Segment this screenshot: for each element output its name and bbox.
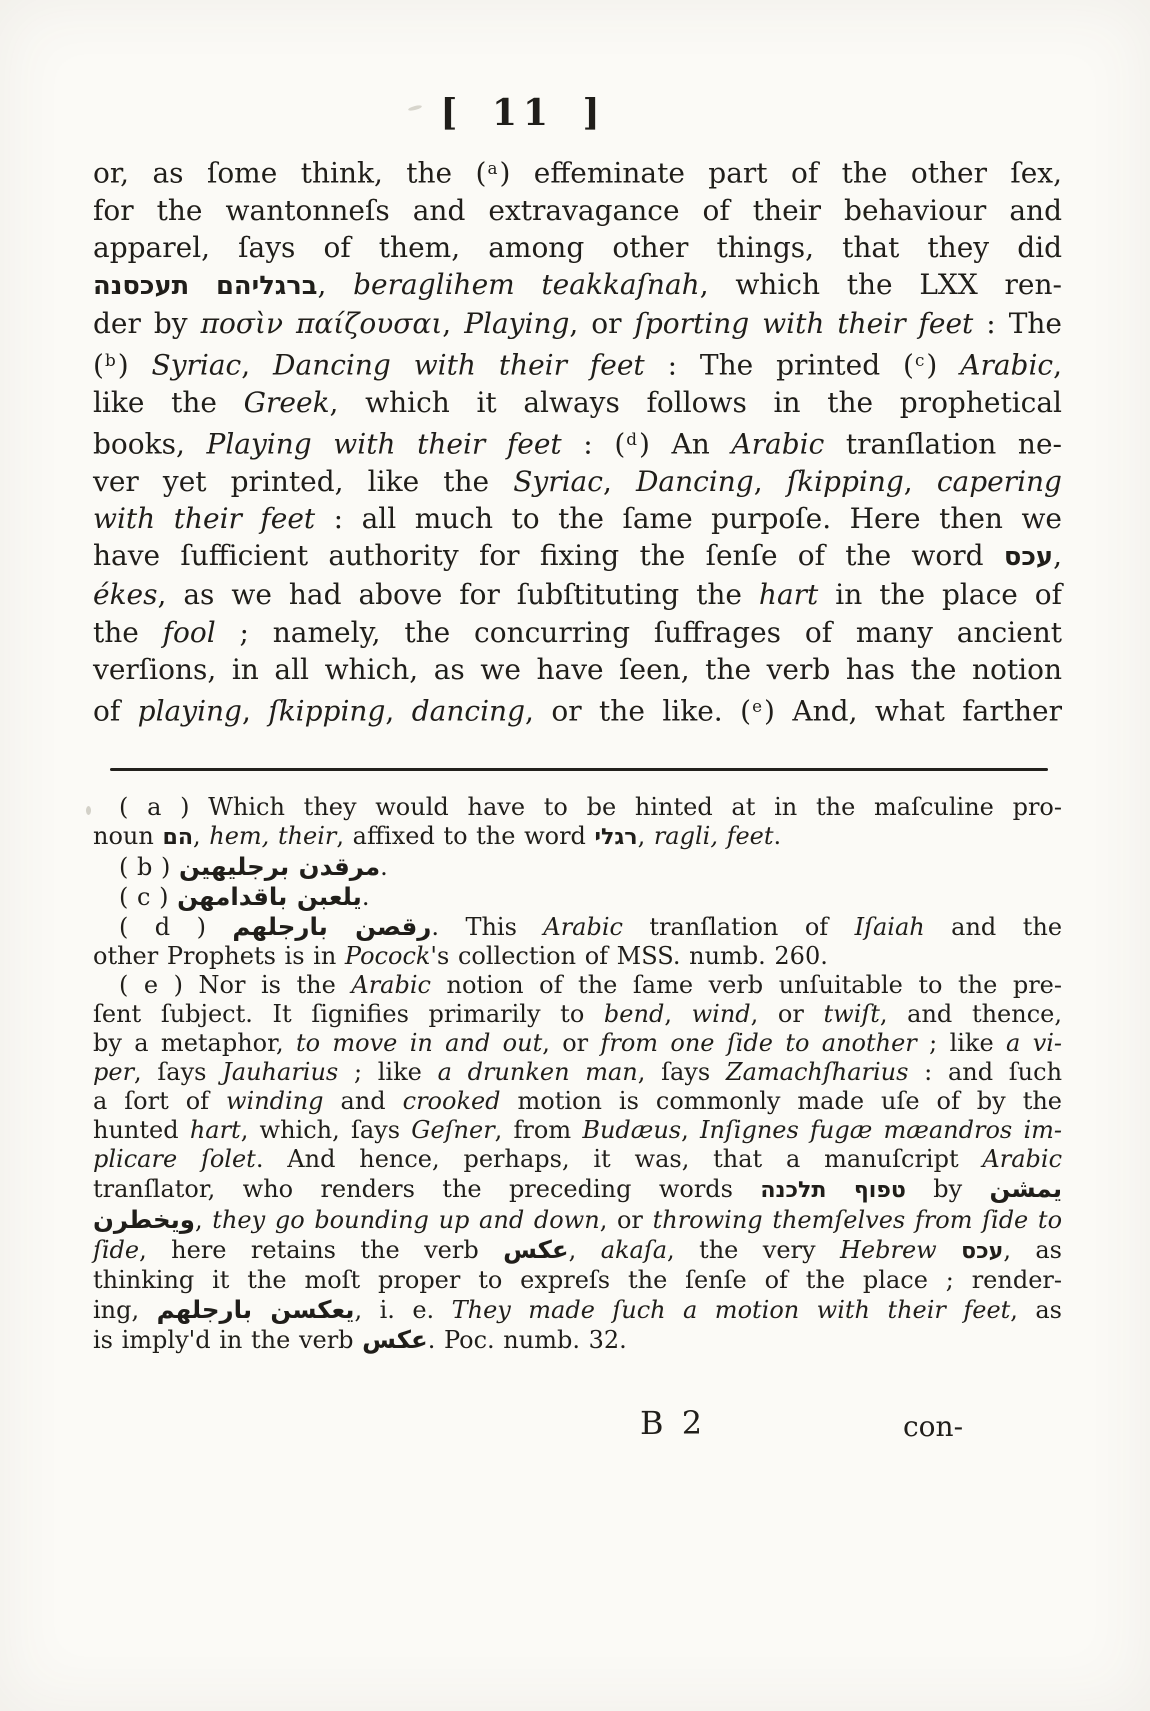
- italic-text: Arabic: [351, 971, 431, 999]
- arabic-text: عكس: [362, 1325, 428, 1354]
- text-run: a ſort of: [93, 1087, 226, 1115]
- text-run: , which the LXX ren-: [700, 268, 1062, 301]
- italic-text: hem, their: [209, 822, 336, 850]
- italic-text: from one ſide to another: [600, 1029, 916, 1057]
- text-run: . And hence, perhaps, it was, that a man…: [256, 1145, 983, 1173]
- text-run: ing,: [93, 1296, 157, 1324]
- greek-text: ποσὶν παίζουσαι: [201, 307, 443, 340]
- footnote-ref: a: [486, 158, 499, 178]
- text-run: 's collection of MSS. numb. 260.: [430, 942, 827, 970]
- text-run: , i. e.: [355, 1296, 452, 1324]
- footnote-line: hunted hart, which, ſays Geſner, from Bu…: [93, 1116, 1062, 1145]
- text-run: , affixed to the word: [336, 822, 594, 850]
- text-run: : all much to the ſame purpoſe. Here the…: [315, 502, 1062, 535]
- main-text-line: have ſufficient authority for fixing the…: [93, 537, 1062, 576]
- text-run: ; like: [917, 1029, 1006, 1057]
- text-run: ): [118, 349, 152, 382]
- text-run: ,: [442, 307, 464, 340]
- text-run: is imply'd in the verb: [93, 1326, 362, 1354]
- text-run: . Poc. numb. 32.: [428, 1326, 627, 1354]
- text-run: , from: [495, 1116, 583, 1144]
- footnote-line: ( e ) Nor is the Arabic notion of the ſa…: [93, 971, 1062, 1000]
- italic-text: Hebrew: [840, 1236, 937, 1264]
- text-run: for the wantonneſs and extravagance of t…: [93, 194, 1062, 227]
- text-run: apparel, ſays of them, among other thing…: [93, 231, 1062, 264]
- text-run: of: [93, 694, 138, 727]
- italic-text: They made ſuch a motion with their feet: [452, 1296, 1011, 1324]
- text-run: or, as ſome think, the (: [93, 156, 486, 189]
- main-text: or, as ſome think, the (a) effeminate pa…: [93, 150, 1062, 730]
- italic-text: crooked: [403, 1087, 501, 1115]
- italic-text: capering: [937, 465, 1062, 498]
- text-run: ,: [193, 822, 209, 850]
- text-run: motion is commonly made uſe of by the: [501, 1087, 1062, 1115]
- footnote-ref: e: [751, 696, 764, 716]
- text-run: like the: [93, 386, 244, 419]
- text-run: thinking it the moſt proper to expreſs t…: [93, 1266, 1062, 1294]
- italic-text: hart: [190, 1116, 241, 1144]
- italic-text: ragli, feet: [654, 822, 774, 850]
- footnote-line: other Prophets is in Pocock's collection…: [93, 942, 1062, 971]
- footnote-line: thinking it the moſt proper to expreſs t…: [93, 1266, 1062, 1295]
- footnote-line: ſent ſubject. It ſignifies primarily to …: [93, 1000, 1062, 1029]
- text-run: ( a ) Which they would have to be hinted…: [119, 793, 1062, 821]
- footnote-line: ing, يعكسن بارجلهم, i. e. They made ſuch…: [93, 1295, 1062, 1325]
- text-run: : The printed (: [645, 349, 914, 382]
- catchword: con-: [903, 1410, 963, 1443]
- text-run: ,: [1053, 349, 1062, 382]
- text-run: ( b ): [119, 853, 179, 881]
- footnote-line: ( c ) يلعبن باقدامهن.: [93, 882, 1062, 912]
- italic-text: a drunken man: [438, 1058, 638, 1086]
- italic-text: fool: [163, 616, 216, 649]
- text-run: ſent ſubject. It ſignifies primarily to: [93, 1000, 604, 1028]
- italic-text: Syriac: [513, 465, 603, 498]
- footnote-line: is imply'd in the verb عكس. Poc. numb. 3…: [93, 1325, 1062, 1355]
- text-run: ) An: [639, 428, 731, 461]
- italic-text: Pocock: [345, 942, 431, 970]
- footnote-line: ( b ) مرقدن برجليهين.: [93, 852, 1062, 882]
- italic-text: Budæus: [582, 1116, 681, 1144]
- footnote-line: noun הם, hem, their, affixed to the word…: [93, 822, 1062, 852]
- text-run: by a metaphor,: [93, 1029, 296, 1057]
- italic-text: Greek: [244, 386, 330, 419]
- text-run: , and thence,: [880, 1000, 1062, 1028]
- footnote-ref: c: [914, 350, 926, 370]
- hebrew-text: רגלי: [595, 825, 638, 850]
- italic-text: bend: [604, 1000, 664, 1028]
- italic-text: Dancing with their feet: [273, 349, 645, 382]
- text-run: , as: [1003, 1236, 1062, 1264]
- signature-mark: B 2: [640, 1404, 706, 1442]
- main-text-line: with their feet : all much to the ſame p…: [93, 500, 1062, 537]
- italic-text: to move in and out: [296, 1029, 542, 1057]
- footnote-divider-rule: [110, 768, 1048, 771]
- italic-text: Arabic: [543, 913, 623, 941]
- footnote-line: plicare ſolet. And hence, perhaps, it wa…: [93, 1145, 1062, 1174]
- footnote-ref: b: [104, 350, 118, 370]
- main-text-line: ברגליהם תעכסנה, beraglihem teakkaſnah, w…: [93, 266, 1062, 305]
- text-run: ; like: [338, 1058, 437, 1086]
- text-run: ,: [603, 465, 636, 498]
- text-run: noun: [93, 822, 162, 850]
- main-text-line: or, as ſome think, the (a) effeminate pa…: [93, 150, 1062, 192]
- italic-text: hart: [759, 578, 818, 611]
- italic-text: Arabic: [960, 349, 1053, 382]
- text-run: ,: [317, 268, 353, 301]
- arabic-text: رقصن بارجلهم: [232, 912, 431, 941]
- syriac-text: مرقدن برجليهين: [179, 852, 380, 881]
- text-run: ( d ): [119, 913, 232, 941]
- italic-text: wind: [692, 1000, 751, 1028]
- text-run: , which, ſays: [241, 1116, 412, 1144]
- main-text-line: ékes, as we had above for ſubſtituting t…: [93, 576, 1062, 613]
- text-run: : and ſuch: [908, 1058, 1062, 1086]
- text-run: notion of the ſame verb unſuitable to th…: [431, 971, 1062, 999]
- main-text-line: apparel, ſays of them, among other thing…: [93, 229, 1062, 266]
- hebrew-text: ברגליהם תעכסנה: [93, 271, 317, 301]
- footnote-line: per, ſays Jauharius ; like a drunken man…: [93, 1058, 1062, 1087]
- italic-text: playing: [138, 694, 242, 727]
- text-run: tranſlation ne-: [824, 428, 1062, 461]
- text-run: .: [380, 853, 388, 881]
- italic-text: akaſa: [601, 1236, 667, 1264]
- italic-text: plicare ſolet: [93, 1145, 256, 1173]
- page-number: [ 11 ]: [93, 92, 953, 134]
- footnote-line: a ſort of winding and crooked motion is …: [93, 1087, 1062, 1116]
- text-run: ) effeminate part of the other ſex,: [499, 156, 1062, 189]
- footnote-line: tranſlator, who renders the preceding wo…: [93, 1174, 1062, 1205]
- italic-text: Jauharius: [222, 1058, 338, 1086]
- footnote-line: ſide, here retains the verb عكس, akaſa, …: [93, 1235, 1062, 1266]
- italic-text: winding: [226, 1087, 324, 1115]
- text-run: have ſufficient authority for fixing the…: [93, 539, 1004, 572]
- text-run: tranſlator, who renders the preceding wo…: [93, 1175, 760, 1203]
- text-run: ,: [195, 1206, 212, 1234]
- italic-text: Arabic: [731, 428, 824, 461]
- italic-text: ſkipping: [268, 694, 385, 727]
- text-run: , or: [542, 1029, 600, 1057]
- text-run: other Prophets is in: [93, 942, 345, 970]
- text-run: , as: [1010, 1296, 1062, 1324]
- text-run: ,: [638, 822, 654, 850]
- italic-text: with their feet: [93, 502, 315, 535]
- text-run: by: [906, 1175, 990, 1203]
- italic-text: Arabic: [982, 1145, 1062, 1173]
- text-run: ,: [754, 465, 787, 498]
- text-run: , or: [569, 307, 634, 340]
- text-run: and the: [925, 913, 1062, 941]
- text-run: ): [926, 349, 960, 382]
- main-text-line: der by ποσὶν παίζουσαι, Playing, or ſpor…: [93, 305, 1062, 342]
- text-run: ,: [569, 1236, 601, 1264]
- text-run: ,: [385, 694, 411, 727]
- hebrew-text: הם: [162, 825, 193, 850]
- text-run: ( e ) Nor is the: [119, 971, 351, 999]
- text-run: ; namely, the concurring ſuffrages of ma…: [216, 616, 1062, 649]
- italic-text: per: [93, 1058, 134, 1086]
- italic-text: Syriac: [152, 349, 242, 382]
- italic-text: they go bounding up and down: [212, 1206, 599, 1234]
- text-run: [937, 1236, 961, 1264]
- text-run: .: [362, 883, 370, 911]
- text-run: , ſays: [134, 1058, 222, 1086]
- text-run: ,: [664, 1000, 691, 1028]
- main-text-line: books, Playing with their feet : (d) An …: [93, 421, 1062, 463]
- arabic-text: ويخطرن: [93, 1205, 195, 1234]
- text-run: : The: [973, 307, 1062, 340]
- text-run: tranſlation of: [623, 913, 855, 941]
- text-run: , or: [751, 1000, 824, 1028]
- italic-text: a vi-: [1006, 1029, 1062, 1057]
- book-page-scan: [ 11 ] or, as ſome think, the (a) effemi…: [0, 0, 1150, 1711]
- text-run: the: [93, 616, 163, 649]
- text-run: , ſays: [638, 1058, 726, 1086]
- main-text-line: ver yet printed, like the Syriac, Dancin…: [93, 463, 1062, 500]
- hebrew-text: עכס: [961, 1239, 1003, 1264]
- text-run: , or the like. (: [525, 694, 751, 727]
- italic-text: Geſner: [411, 1116, 494, 1144]
- italic-text: Zamachſharius: [726, 1058, 909, 1086]
- text-run: verſions, in all which, as we have ſeen,…: [93, 653, 1062, 686]
- italic-text: Playing with their feet: [206, 428, 561, 461]
- text-run: ) And, what farther: [764, 694, 1062, 727]
- hebrew-text: עכס: [1004, 542, 1053, 572]
- footnote-line: ويخطرن, they go bounding up and down, or…: [93, 1205, 1062, 1235]
- text-run: ,: [1053, 539, 1062, 572]
- italic-text: throwing themſelves from ſide to: [653, 1206, 1062, 1234]
- text-run: , or: [600, 1206, 653, 1234]
- text-run: : (: [562, 428, 626, 461]
- text-run: and: [324, 1087, 403, 1115]
- text-run: ( c ): [119, 883, 177, 911]
- text-run: . This: [431, 913, 543, 941]
- italic-text: Dancing: [636, 465, 754, 498]
- text-run: ,: [904, 465, 937, 498]
- arabic-text: يلعبن باقدامهن: [177, 882, 362, 911]
- text-run: (: [93, 349, 104, 382]
- italic-text: ſkipping: [787, 465, 904, 498]
- footnote-ref: d: [625, 429, 639, 449]
- text-run: , which it always follows in the prophet…: [330, 386, 1062, 419]
- italic-text: dancing: [412, 694, 525, 727]
- footnote-line: ( d ) رقصن بارجلهم. This Arabic tranſlat…: [93, 912, 1062, 942]
- text-run: books,: [93, 428, 206, 461]
- arabic-text: عكس: [503, 1235, 569, 1264]
- footnotes: ( a ) Which they would have to be hinted…: [93, 793, 1062, 1355]
- italic-text: ſide: [93, 1236, 139, 1264]
- text-run: , as we had above for ſubſtituting the: [157, 578, 758, 611]
- text-run: , here retains the verb: [139, 1236, 503, 1264]
- text-run: hunted: [93, 1116, 190, 1144]
- text-run: ,: [681, 1116, 700, 1144]
- arabic-text: يعكسن بارجلهم: [157, 1295, 355, 1324]
- italic-text: twiſt: [824, 1000, 880, 1028]
- hebrew-text: טפוף תלכנה: [760, 1178, 906, 1203]
- main-text-line: verſions, in all which, as we have ſeen,…: [93, 651, 1062, 688]
- italic-text: ſporting with their feet: [635, 307, 974, 340]
- italic-text: Inſignes fugæ mæandros im-: [700, 1116, 1062, 1144]
- footnote-line: by a metaphor, to move in and out, or fr…: [93, 1029, 1062, 1058]
- text-run: , the very: [667, 1236, 840, 1264]
- italic-text: beraglihem teakkaſnah: [353, 268, 700, 301]
- main-text-line: for the wantonneſs and extravagance of t…: [93, 192, 1062, 229]
- main-text-line: like the Greek, which it always follows …: [93, 384, 1062, 421]
- text-run: der by: [93, 307, 201, 340]
- main-text-line: the fool ; namely, the concurring ſuffra…: [93, 614, 1062, 651]
- footnote-line: ( a ) Which they would have to be hinted…: [93, 793, 1062, 822]
- arabic-text: يمشن: [990, 1174, 1063, 1203]
- text-run: .: [774, 822, 782, 850]
- text-run: ver yet printed, like the: [93, 465, 513, 498]
- text-run: ,: [242, 694, 268, 727]
- italic-text: Playing: [464, 307, 569, 340]
- italic-text: ékes: [93, 578, 157, 611]
- main-text-line: (b) Syriac, Dancing with their feet : Th…: [93, 342, 1062, 384]
- text-run: in the place of: [818, 578, 1062, 611]
- main-text-line: of playing, ſkipping, dancing, or the li…: [93, 688, 1062, 730]
- italic-text: Iſaiah: [855, 913, 925, 941]
- page-footer: B 2 con-: [0, 1404, 1150, 1444]
- text-run: ,: [241, 349, 273, 382]
